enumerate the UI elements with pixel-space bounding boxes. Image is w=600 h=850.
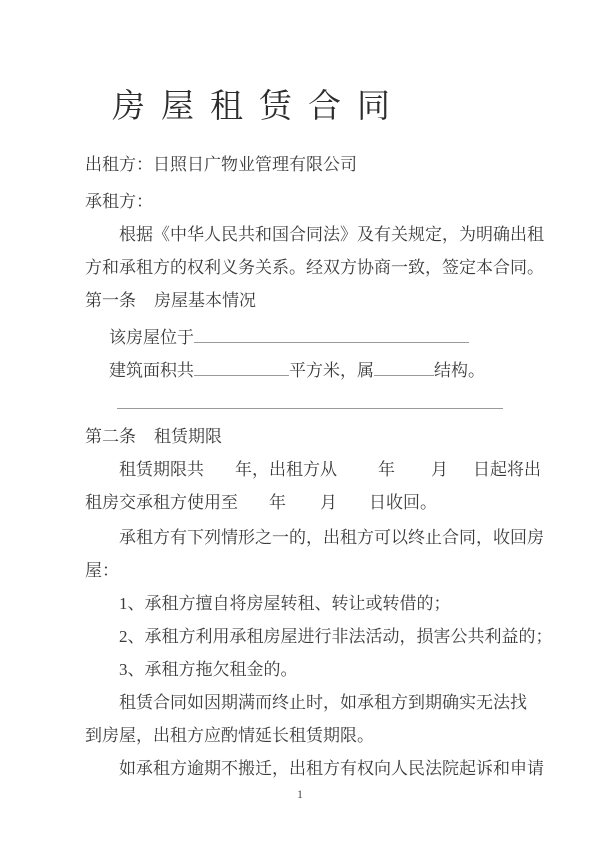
location-line: 该房屋位于: [85, 321, 545, 354]
extension-line-2: 到房屋，出租方应酌情延长租赁期限。: [85, 719, 545, 752]
continuation-blank-line: [85, 387, 545, 420]
year-blank-space: [204, 474, 235, 475]
article-1-number: 第一条: [85, 291, 136, 310]
term-text: 年: [378, 460, 395, 479]
extension-line-1: 租赁合同如因期满而终止时，如承租方到期确实无法找: [85, 686, 545, 719]
term-text: 月: [431, 460, 448, 479]
area-line: 建筑面积共平方米，属结构。: [85, 354, 545, 387]
article-2-name: 租赁期限: [154, 427, 222, 446]
article-1-name: 房屋基本情况: [154, 291, 256, 310]
month-blank-space: [286, 507, 320, 508]
intro-line-2: 方和承租方的权利义务关系。经双方协商一致，签定本合同。: [85, 251, 545, 284]
day-blank-space: [448, 474, 473, 475]
lessee-line: 承租方：: [85, 185, 545, 218]
termination-item-1: 1、承租方擅自将房屋转租、转让或转借的；: [85, 587, 545, 620]
heading-space: [136, 441, 154, 442]
overdue-line-1: 如承租方逾期不搬迁，出租方有权向人民法院起诉和申请: [85, 752, 545, 785]
termination-item-3: 3、承租方拖欠租金的。: [85, 653, 545, 686]
page-content: 房屋租赁合同 出租方：日照日广物业管理有限公司 承租方： 根据《中华人民共和国合…: [85, 0, 545, 785]
contract-document-page: 房屋租赁合同 出租方：日照日广物业管理有限公司 承租方： 根据《中华人民共和国合…: [0, 0, 600, 850]
termination-item-2: 2、承租方利用承租房屋进行非法活动，损害公共利益的；: [85, 620, 545, 653]
continuation-fill-in-blank: [117, 393, 503, 409]
term-text: 租房交承租方使用至: [85, 493, 238, 512]
page-number: 1: [0, 787, 600, 801]
term-line-2: 租房交承租方使用至年月日收回。: [85, 486, 545, 519]
page-title: 房屋租赁合同: [112, 86, 545, 128]
article-2-heading: 第二条租赁期限: [85, 420, 545, 453]
term-text: 年，出租方从: [235, 460, 337, 479]
month-blank-space: [395, 474, 431, 475]
term-text: 月: [320, 493, 337, 512]
intro-line-1: 根据《中华人民共和国合同法》及有关规定，为明确出租: [85, 218, 545, 251]
location-prefix: 该房屋位于: [109, 328, 194, 347]
termination-intro-line-2: 屋：: [85, 554, 545, 587]
year-blank-space: [337, 474, 378, 475]
term-text: 日收回。: [369, 493, 437, 512]
structure-fill-in-blank: [374, 360, 434, 376]
term-text: 日起将出: [473, 460, 541, 479]
area-mid: 平方米，属: [289, 361, 374, 380]
area-fill-in-blank: [194, 360, 289, 376]
term-line-1: 租赁期限共年，出租方从年月日起将出: [85, 453, 545, 486]
location-fill-in-blank: [194, 327, 469, 343]
area-prefix: 建筑面积共: [109, 361, 194, 380]
article-2-number: 第二条: [85, 427, 136, 446]
area-suffix: 结构。: [434, 361, 485, 380]
lessor-line: 出租方：日照日广物业管理有限公司: [85, 148, 545, 181]
heading-space: [136, 305, 154, 306]
article-1-heading: 第一条房屋基本情况: [85, 284, 545, 317]
year-blank-space: [238, 507, 269, 508]
termination-intro-line-1: 承租方有下列情形之一的，出租方可以终止合同，收回房: [85, 521, 545, 554]
day-blank-space: [337, 507, 369, 508]
term-text: 租赁期限共: [119, 460, 204, 479]
term-text: 年: [269, 493, 286, 512]
